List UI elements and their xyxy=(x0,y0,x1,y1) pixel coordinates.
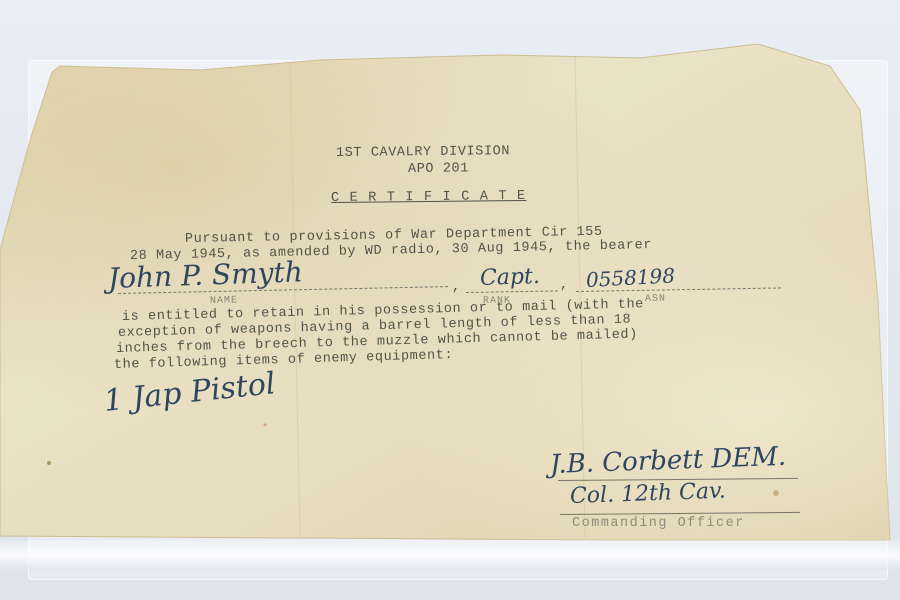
paper-shape xyxy=(0,0,900,600)
field-separator-1: , xyxy=(452,280,461,295)
signature-title: Commanding Officer xyxy=(572,516,745,531)
bearer-rank-handwritten: Capt. xyxy=(480,264,541,291)
certificate-paper: 1ST CAVALRY DIVISION APO 201 C E R T I F… xyxy=(0,0,900,600)
asn-label: ASN xyxy=(645,294,666,305)
field-separator-2: , xyxy=(560,278,569,293)
certificate-title: C E R T I F I C A T E xyxy=(331,189,526,206)
unit-heading: 1ST CAVALRY DIVISION xyxy=(336,144,510,161)
bearer-asn-handwritten: 0558198 xyxy=(585,263,675,292)
name-label: NAME xyxy=(210,295,238,307)
apo-heading: APO 201 xyxy=(408,161,469,177)
sleeve-bottom-fold xyxy=(0,540,900,570)
